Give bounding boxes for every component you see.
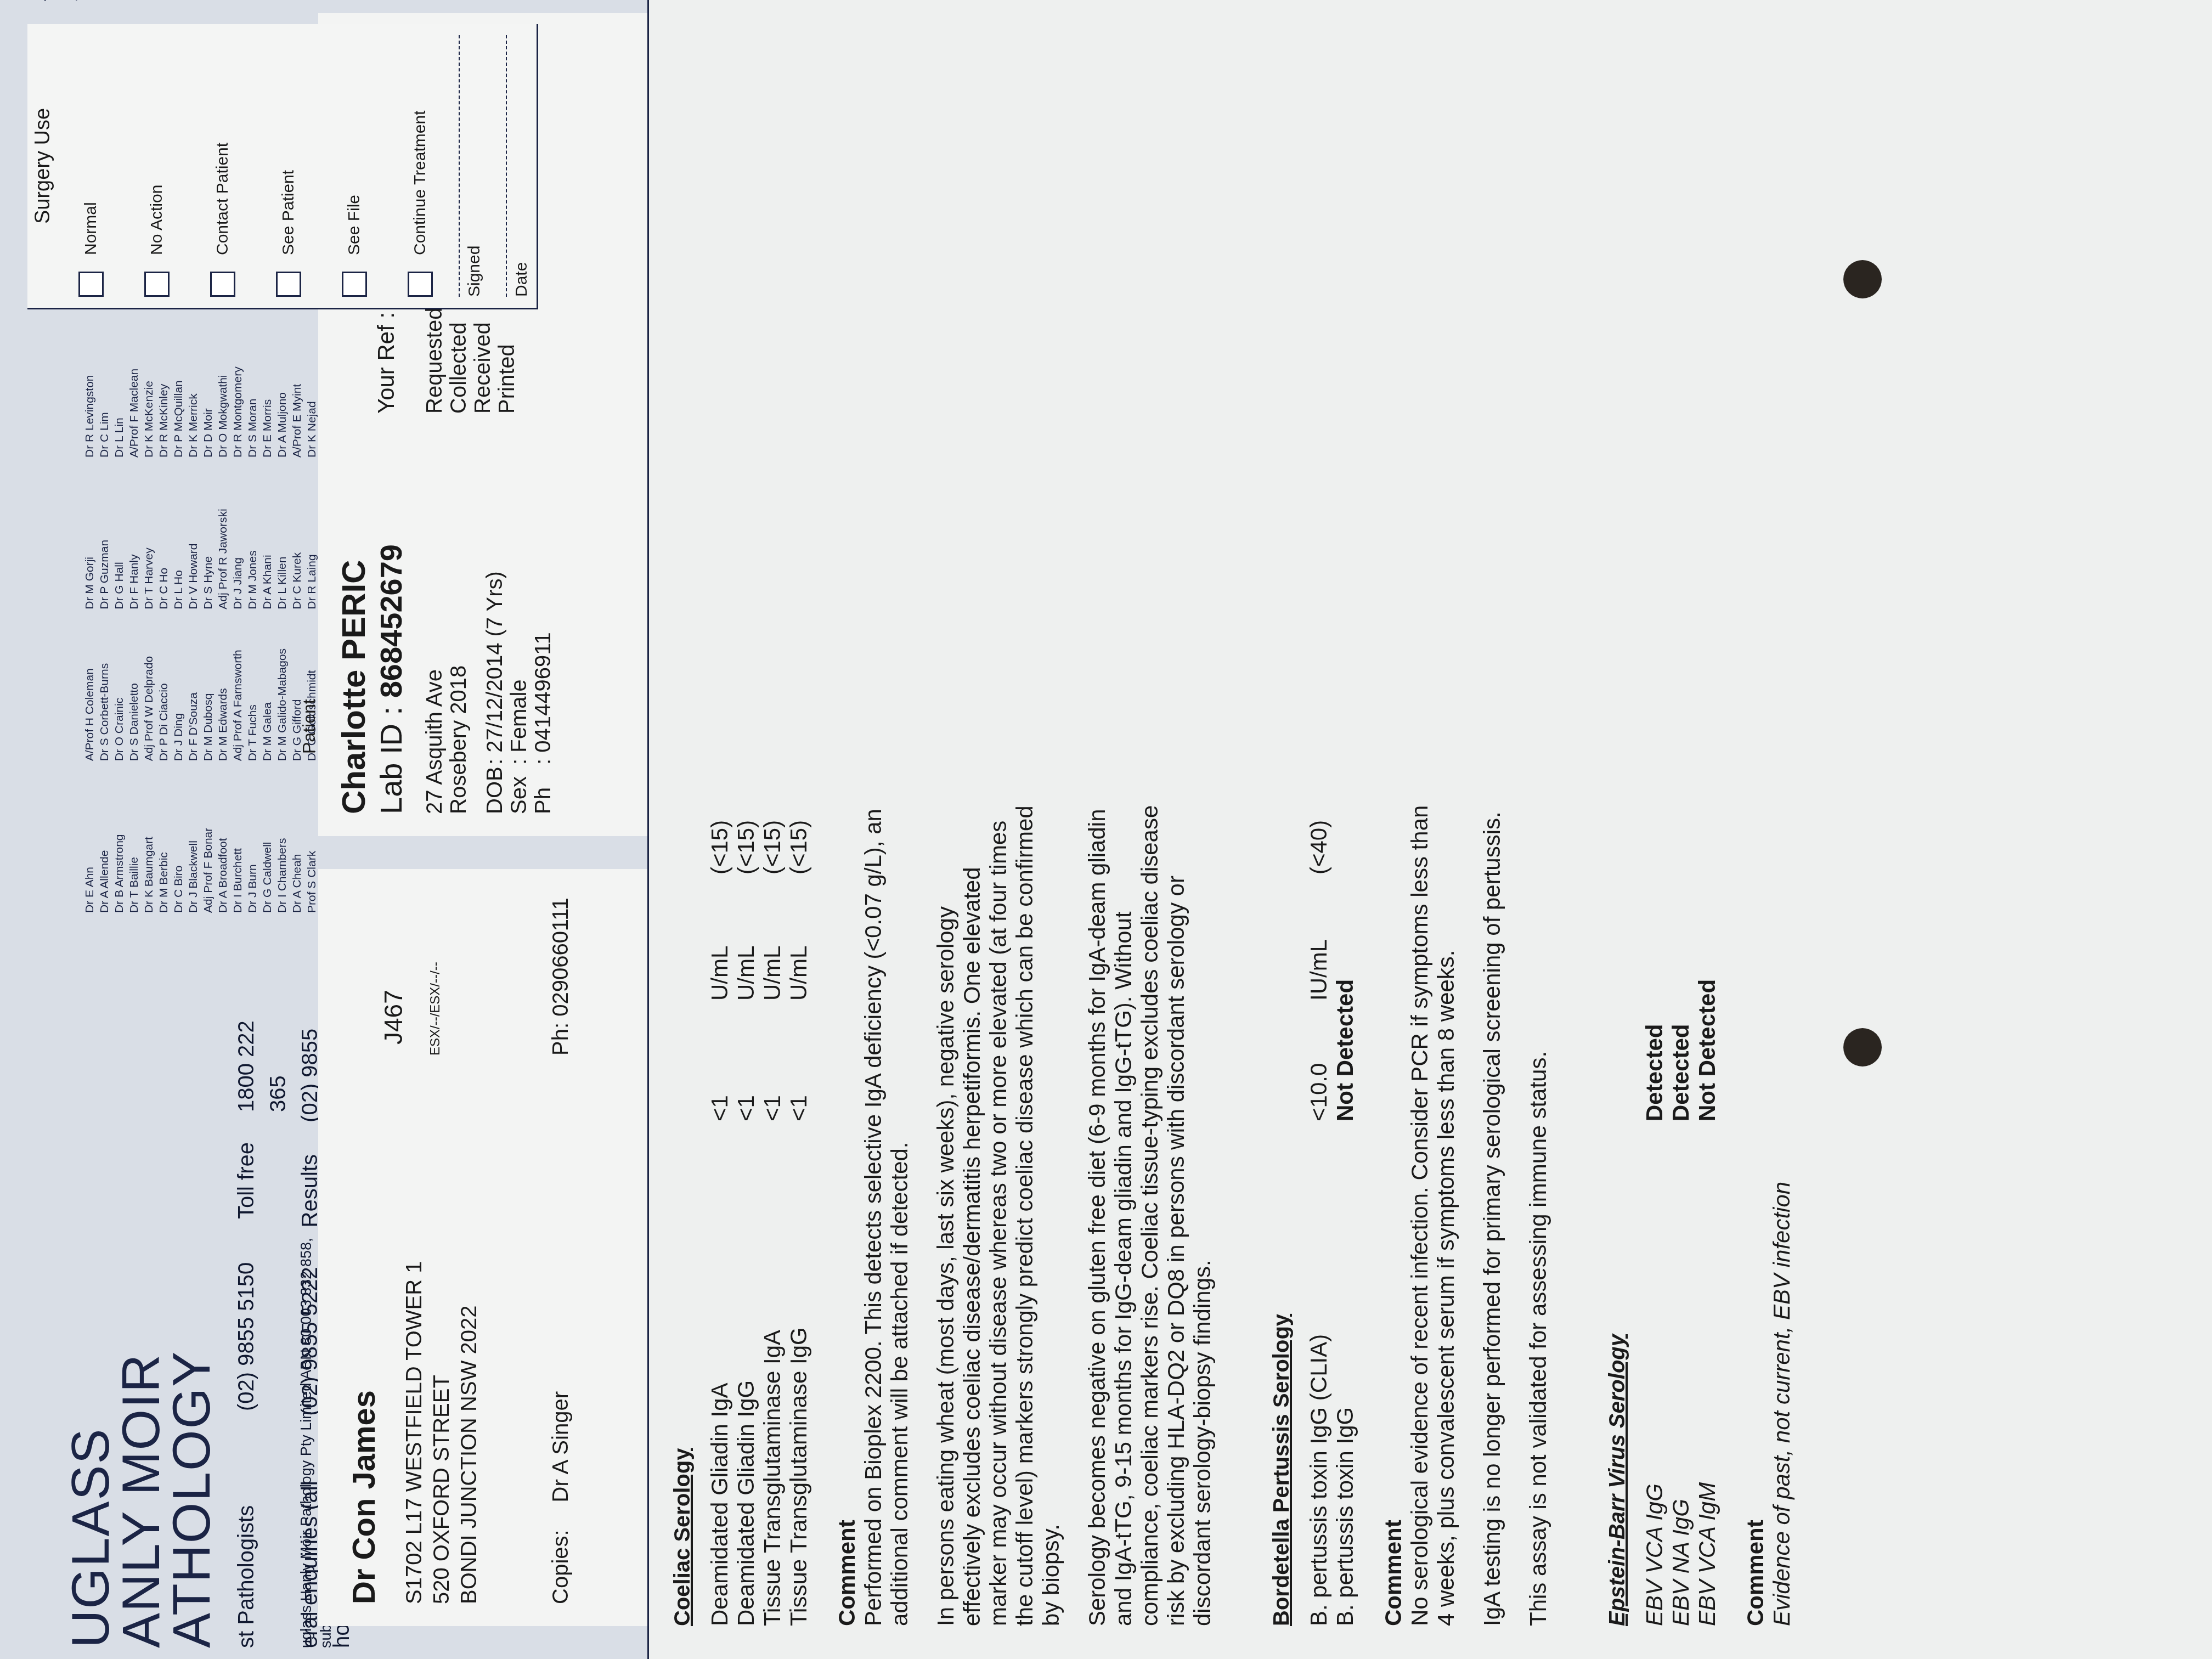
pertussis-section-title: Bordetella Pertussis Serology <box>1268 282 1295 1626</box>
pathologist-name: Dr K McKenzie <box>142 317 156 458</box>
option-label: See Patient <box>279 170 298 255</box>
test-unit: U/mL <box>733 874 759 1001</box>
pathologist-name: Dr S Corbett-Burns <box>97 620 112 761</box>
pathologist-name: Dr M Galido-Mabagos <box>275 620 290 761</box>
lab-name-line: ATHOLOGY <box>167 1264 217 1648</box>
lab-id: Lab ID : 868452679 <box>373 544 409 814</box>
lab-name-line: ANLY MOIR <box>116 1264 167 1648</box>
test-value: Detected <box>1641 1024 1668 1121</box>
date-field[interactable]: Date <box>506 35 531 297</box>
test-value: <10.0 <box>1306 1001 1332 1121</box>
comment-paragraph: Serology becomes negative on gluten free… <box>1084 803 1216 1626</box>
punch-hole <box>1843 1028 1882 1066</box>
patient-section-label: Patient <box>299 699 319 754</box>
option-label: Continue Treatment <box>411 111 430 255</box>
result-row: Tissue Transglutaminase IgA<1U/mL(<15) <box>759 282 786 1626</box>
surgery-option[interactable]: Continue Treatment <box>387 35 453 297</box>
lab-id-label: Lab ID : <box>374 707 408 814</box>
pathologist-name: Dr C Biro <box>171 772 186 913</box>
surgery-option[interactable]: Normal <box>58 35 124 297</box>
contact-row: st Pathologists (02) 9855 5150 Toll free… <box>230 990 294 1648</box>
doctor-esx-code: ESX/--/ESX/--/-- <box>428 962 443 1056</box>
comment-paragraph: In persons eating wheat (most days, last… <box>933 803 1064 1626</box>
reference-range: (<15) <box>733 765 759 874</box>
pathologist-name: Dr E Ahn <box>82 772 97 913</box>
pathologist-name: Dr A Broadfoot <box>216 772 230 913</box>
copies: Copies:Dr A Singer <box>549 1391 573 1604</box>
ebv-results: EBV VCA IgGDetectedEBV NA IgGDetectedEBV… <box>1641 282 1720 1626</box>
pathologist-name: Dr T Harvey <box>142 469 156 610</box>
pathologist-name: Dr S Hyne <box>201 469 216 610</box>
result-row: Tissue Transglutaminase IgG<1U/mL(<15) <box>786 282 812 1626</box>
pathologist-name: Dr M Dubosq <box>201 620 216 761</box>
results-body: Coeliac Serology Deamidated Gliadin IgA<… <box>669 282 1815 1626</box>
pathologist-name: Dr I Burchett <box>230 772 245 913</box>
reference-range: (<15) <box>786 765 812 874</box>
comment-paragraph: This assay is not validated for assessin… <box>1525 803 1551 1626</box>
pathologist-column: Dr E AhnDr A AllendeDr B ArmstrongDr T B… <box>82 772 319 913</box>
test-name: Deamidated Gliadin IgG <box>733 1121 759 1626</box>
test-value: <1 <box>707 1001 733 1121</box>
sex-label: Sex <box>507 765 531 814</box>
result-row: EBV NA IgGDetected <box>1668 282 1694 1626</box>
your-ref: Your Ref : <box>373 312 399 414</box>
copies-label: Copies: <box>549 1530 573 1604</box>
pertussis-results: B. pertussis toxin IgG (CLIA)<10.0IU/mL(… <box>1306 282 1358 1626</box>
pathologist-column: Dr R LevingstonDr C LimDr L LinA/Prof F … <box>82 317 319 458</box>
address-line: S1702 L17 WESTFIELD TOWER 1 <box>400 1261 428 1604</box>
test-unit: U/mL <box>759 874 786 1001</box>
pathologist-name: Adj Prof A Farnsworth <box>230 620 245 761</box>
pathologist-name: Dr R McKinley <box>156 317 171 458</box>
address-line: Rosebery 2018 <box>447 665 471 814</box>
pathologist-name: Dr F D'Souza <box>186 620 201 761</box>
pathologist-name: Dr S Danieletto <box>127 620 142 761</box>
pathologist-name: Dr J Ding <box>171 620 186 761</box>
comment-paragraph: Evidence of past, not current, EBV infec… <box>1769 803 1795 1626</box>
pathologist-name: Adj Prof R Jaworski <box>216 469 230 610</box>
patient-demographics: DOB: 27/12/2014 (7 Yrs) Sex: Female Ph: … <box>483 571 555 814</box>
test-name: EBV VCA IgM <box>1694 1121 1720 1626</box>
pathologist-name: A/Prof F Maclean <box>127 317 142 458</box>
lab-name-line: UGLASS <box>66 1264 116 1648</box>
comment-paragraph: No serological evidence of recent infect… <box>1407 803 1459 1626</box>
pathologist-name: Dr C Kurek <box>290 469 304 610</box>
pathologist-name: Dr A Allende <box>97 772 112 913</box>
signed-field[interactable]: Signed <box>459 35 484 297</box>
pathologist-name: Dr I Chambers <box>275 772 290 913</box>
punch-hole <box>1843 260 1882 298</box>
pathologist-name: Dr B Armstrong <box>112 772 127 913</box>
reference-range: (<15) <box>707 765 733 874</box>
pathologist-name: Dr A Khani <box>260 469 275 610</box>
pathologist-name: Dr C Ho <box>156 469 171 610</box>
pathologist-name: Dr O Mokgwathi <box>216 317 230 458</box>
address-line: 520 OXFORD STREET <box>428 1261 455 1604</box>
test-value: Detected <box>1668 1024 1694 1121</box>
pathologist-name: Dr C Lim <box>97 317 112 458</box>
test-value: <1 <box>786 1001 812 1121</box>
pathologist-name: Dr J Blackwell <box>186 772 201 913</box>
date-label: Printed <box>495 309 519 414</box>
surgery-option[interactable]: See Patient <box>256 35 321 297</box>
test-unit: U/mL <box>707 874 733 1001</box>
doctor-phone: Ph: 0290660111 <box>549 898 573 1056</box>
reference-range <box>1332 743 1358 853</box>
pathologist-name: Dr T Fuchs <box>245 620 260 761</box>
pathology-report-page: UGLASS ANLY MOIR ATHOLOGY st Pathologist… <box>0 0 2212 1659</box>
comment-heading: Comment <box>1742 282 1769 1626</box>
pathologist-name: Dr L Killen <box>275 469 290 610</box>
patient-address: 27 Asquith Ave Rosebery 2018 <box>422 665 471 814</box>
checkbox[interactable] <box>276 272 301 297</box>
pathologist-name: Dr R Laing <box>304 469 319 610</box>
date-label: Requested <box>422 309 447 414</box>
pathologist-name: Dr L Ho <box>171 469 186 610</box>
surgery-option[interactable]: No Action <box>124 35 190 297</box>
comment-heading: Comment <box>834 282 860 1626</box>
test-name: EBV VCA IgG <box>1641 1121 1668 1626</box>
sex-value: : Female <box>507 679 531 765</box>
pathologist-name: Dr P Guzman <box>97 469 112 610</box>
option-label: Normal <box>82 202 100 255</box>
test-name: Tissue Transglutaminase IgG <box>786 1121 812 1626</box>
surgery-use-title: Surgery Use <box>33 35 53 297</box>
result-row: Deamidated Gliadin IgG<1U/mL(<15) <box>733 282 759 1626</box>
pathologist-name: Adj Prof W Delprado <box>142 620 156 761</box>
test-value: Not Detected <box>1332 979 1358 1121</box>
pathologist-name: Dr R Montgomery <box>230 317 245 458</box>
checkbox[interactable] <box>78 272 104 297</box>
surgery-option[interactable]: Contact Patient <box>190 35 256 297</box>
test-name: Tissue Transglutaminase IgA <box>759 1121 786 1626</box>
pathologist-name: Dr P McQuillan <box>171 317 186 458</box>
pathologist-name: Dr R Levingston <box>82 317 97 458</box>
ebv-section-title: Epstein-Barr Virus Serology <box>1604 282 1630 1626</box>
option-label: Contact Patient <box>213 143 232 255</box>
checkbox[interactable] <box>342 272 367 297</box>
pathologist-name: Dr G Hall <box>112 469 127 610</box>
pathologist-name: Dr M Gorji <box>82 469 97 610</box>
doctor-name: Dr Con James <box>346 1390 382 1604</box>
pathologist-name: Dr M Berbic <box>156 772 171 913</box>
pathologist-name: Dr K Baumgart <box>142 772 156 913</box>
coeliac-section-title: Coeliac Serology <box>669 282 696 1626</box>
test-name: B. pertussis toxin IgG <box>1332 1121 1358 1626</box>
pathologist-name: Prof S Clark <box>304 772 319 913</box>
pathologist-name: Dr M Edwards <box>216 620 230 761</box>
test-unit <box>1332 853 1358 979</box>
pathologist-name: Dr F Hanly <box>127 469 142 610</box>
option-label: No Action <box>148 185 166 255</box>
phone-value: : 0414496911 <box>531 632 555 765</box>
pathologist-name: Adj Prof F Bonar <box>201 772 216 913</box>
pathologist-name: Dr D Moir <box>201 317 216 458</box>
result-row: EBV VCA IgGDetected <box>1641 282 1668 1626</box>
dob-value: : 27/12/2014 (7 Yrs) <box>483 571 507 765</box>
coeliac-results: Deamidated Gliadin IgA<1U/mL(<15)Deamida… <box>707 282 812 1626</box>
test-name: Deamidated Gliadin IgA <box>707 1121 733 1626</box>
pathologist-name: Dr J Burn <box>245 772 260 913</box>
address-line: 27 Asquith Ave <box>422 665 447 814</box>
checkbox[interactable] <box>144 272 170 297</box>
pathologist-name: Dr M Jones <box>245 469 260 610</box>
contact-number: 1800 222 365 <box>230 990 294 1112</box>
date-label: Received <box>471 309 495 414</box>
pathologist-name: Dr J Jiang <box>230 469 245 610</box>
test-value: Not Detected <box>1694 979 1720 1121</box>
rcpa-logo: RCPA <box>33 0 89 2</box>
patient-name: Charlotte PERIC <box>335 560 373 814</box>
result-row: B. pertussis toxin IgGNot Detected <box>1332 282 1358 1626</box>
comment-paragraph: Performed on Bioplex 2200. This detects … <box>860 803 913 1626</box>
legal-line: uglass Hanly Moir Pathology Pty Limited … <box>296 990 316 1648</box>
phone-label: Ph <box>531 765 555 814</box>
pathologist-name: Dr O Crainic <box>112 620 127 761</box>
surgery-option[interactable]: See File <box>321 35 387 297</box>
comment-paragraph: IgA testing is no longer performed for p… <box>1479 803 1505 1626</box>
pathologist-name: Dr A Muljono <box>275 317 290 458</box>
pathologist-name: A/Prof H Coleman <box>82 620 97 761</box>
test-unit: U/mL <box>786 874 812 1001</box>
checkbox[interactable] <box>408 272 433 297</box>
test-name: B. pertussis toxin IgG (CLIA) <box>1306 1121 1332 1626</box>
reference-range: (<15) <box>759 765 786 874</box>
pathologist-column: Dr M GorjiDr P GuzmanDr G HallDr F Hanly… <box>82 469 319 610</box>
result-row: B. pertussis toxin IgG (CLIA)<10.0IU/mL(… <box>1306 282 1332 1626</box>
contact-label: st Pathologists <box>230 1433 294 1648</box>
result-row: EBV VCA IgMNot Detected <box>1694 282 1720 1626</box>
doctor-address: S1702 L17 WESTFIELD TOWER 1 520 OXFORD S… <box>400 1261 483 1604</box>
lab-id-value: 868452679 <box>374 544 408 698</box>
option-label: See File <box>345 195 364 255</box>
pathologist-name: Dr M Galea <box>260 620 275 761</box>
referring-doctor-box: Dr Con James S1702 L17 WESTFIELD TOWER 1… <box>318 869 647 1626</box>
test-value: <1 <box>733 1001 759 1121</box>
pathologist-name: A/Prof E Myint <box>290 317 304 458</box>
checkbox[interactable] <box>210 272 235 297</box>
pathologist-name: Dr S Moran <box>245 317 260 458</box>
comment-heading: Comment <box>1380 282 1407 1626</box>
pathologist-column: A/Prof H ColemanDr S Corbett-BurnsDr O C… <box>82 620 319 761</box>
pathologist-name: Dr P Di Ciaccio <box>156 620 171 761</box>
pathologist-name: Dr T Baillie <box>127 772 142 913</box>
doctor-code: J467 <box>379 990 408 1045</box>
pathologist-name: Dr V Howard <box>186 469 201 610</box>
reference-range: (<40) <box>1306 765 1332 874</box>
dob-label: DOB <box>483 765 507 814</box>
test-name: EBV NA IgG <box>1668 1121 1694 1626</box>
surgery-use-panel: Surgery Use NormalNo ActionContact Patie… <box>27 24 538 309</box>
contact-label: Toll free <box>230 1134 294 1219</box>
pathologist-name: Dr G Caldwell <box>260 772 275 913</box>
date-label: Collected <box>447 309 471 414</box>
address-line: BONDI JUNCTION NSW 2022 <box>455 1261 483 1604</box>
header-divider <box>647 0 649 1659</box>
test-value: <1 <box>759 1001 786 1121</box>
pathologist-name: Dr L Lin <box>112 317 127 458</box>
pathologist-name: Dr E Morris <box>260 317 275 458</box>
lab-logo-text: UGLASS ANLY MOIR ATHOLOGY <box>66 1264 217 1648</box>
test-unit: IU/mL <box>1306 874 1332 1001</box>
contact-number: (02) 9855 5150 <box>230 1241 294 1411</box>
copies-value: Dr A Singer <box>549 1391 573 1502</box>
pathologist-name: Dr K Merrick <box>186 317 201 458</box>
result-row: Deamidated Gliadin IgA<1U/mL(<15) <box>707 282 733 1626</box>
pathologist-name: Dr A Cheah <box>290 772 304 913</box>
pathologist-name: Dr K Nejad <box>304 317 319 458</box>
